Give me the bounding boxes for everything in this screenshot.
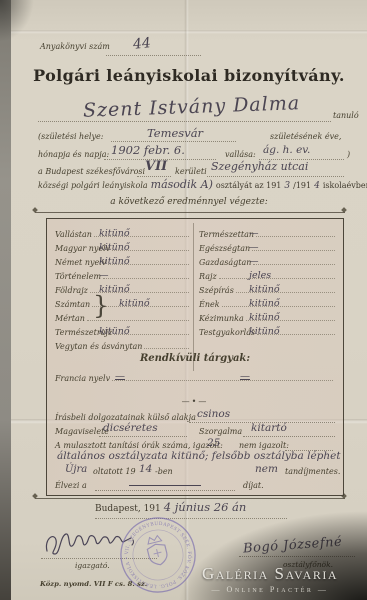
grade-value: kitünő [119, 298, 150, 309]
grade-row: Történelem— [55, 267, 191, 281]
written-work-label: Írásbeli dolgozatainak külső alakja [55, 413, 196, 422]
grade-value: kitünő [99, 242, 130, 253]
subject-label: Ének [199, 300, 220, 309]
registry-number-line [106, 42, 201, 56]
grade-value: kitünő [99, 228, 130, 239]
diligence-label: Szorgalma [199, 427, 242, 436]
religion-value: ág. h. ev. [263, 144, 310, 156]
grade-row: Egészségtan— [199, 239, 337, 253]
subject-label: Kézimunka [199, 314, 244, 323]
school-type-label: községi polgári leányiskola [38, 181, 148, 190]
class-year-line: községi polgári leányiskola második A) o… [38, 178, 346, 191]
street-value: Szegényház utcai [211, 160, 308, 173]
watermark-line2: — Online Piactér — [175, 585, 365, 594]
grade-value: — [115, 374, 125, 380]
birthdate-value: 1902 febr. 6. [111, 143, 185, 157]
grade-row: Vallástankitünő [55, 225, 191, 239]
dotted-leader [252, 250, 335, 251]
french-row: Francia nyelv — — [55, 369, 335, 383]
subject-label: Földrajz [55, 286, 88, 295]
grades-left-column: Vallástankitünő Magyar nyelvkitünő Német… [55, 225, 191, 351]
district-value: VII [145, 159, 167, 174]
grade-row: Testgyakorláskitünő [199, 323, 337, 337]
birthdate-label: hónapja és napja: [38, 150, 109, 159]
grade-row: Német nyelvkitünő [55, 253, 191, 267]
grade-value: kitünő [249, 326, 280, 337]
grade-value: — [99, 270, 109, 281]
vaccinated-prefix: Újra [65, 464, 87, 475]
grade-row: Szépíráskitünő [199, 281, 337, 295]
grade-row: Kézimunkakitünő [199, 309, 337, 323]
photo-shadow [0, 0, 40, 60]
registry-number-label: Anyakönyvi szám [40, 42, 110, 51]
subject-label: Egészségtan [199, 244, 250, 253]
dotted-leader [112, 380, 333, 381]
grade-row: Földrajzkitünő [55, 281, 191, 295]
grade-row: Természettan— [199, 225, 337, 239]
extraordinary-subjects-title: Rendkívüli tárgyak: [47, 353, 343, 364]
absences-label: A mulasztott tanítási órák száma, igazol… [55, 441, 223, 450]
divider-ornament: —•— [47, 397, 343, 406]
subject-label: Vegytan és ásványtan [55, 342, 142, 351]
grade-row: Gazdaságtan— [199, 253, 337, 267]
absences-value: 25 [207, 437, 220, 449]
grade-value: kitünő [249, 312, 280, 323]
schoolyear-slash: /191 [293, 181, 311, 190]
grades-right-column: Természettan— Egészségtan— Gazdaságtan— … [199, 225, 337, 337]
paper-fold [11, 30, 367, 34]
diligence-value: kitartó [251, 422, 287, 434]
student-name: Szent Istvány Dalma [83, 92, 301, 122]
subject-label: Rajz [199, 272, 217, 281]
frame-line [35, 212, 345, 213]
grade-row: Természetrajzkitünő [55, 323, 191, 337]
dotted-leader [144, 348, 189, 349]
subject-label: Számtan [55, 300, 90, 309]
grade-row: Mértan [55, 309, 191, 323]
grade-value: — [249, 256, 259, 267]
grade-value: jeles [249, 270, 271, 281]
subject-label: Gazdaságtan [199, 258, 251, 267]
grade-value: kitünő [99, 256, 130, 267]
dotted-leader [253, 264, 335, 265]
birthplace-label: (születési helye: [38, 132, 103, 141]
schoolyear-end-digit: 4 [314, 181, 320, 191]
grades-table: Vallástankitünő Magyar nyelvkitünő Német… [46, 218, 344, 496]
grade-row: Számtankitünő [55, 295, 191, 309]
stipend-label: Élvezi a [55, 481, 87, 490]
grade-row: Vegytan és ásványtan [55, 337, 191, 351]
brace-ornament: } [93, 291, 109, 320]
dotted-leader [219, 278, 335, 279]
schoolyear-start-digit: 3 [284, 181, 290, 191]
column-divider [193, 223, 194, 371]
dotted-leader [256, 236, 335, 237]
grade-value: — [249, 242, 259, 253]
birthyear-label: születésének éve, [270, 132, 341, 141]
watermark: Galéria Savaria — Online Piactér — [175, 564, 365, 594]
document-photo: Anyakönyvi szám 44 Polgári leányiskolai … [0, 0, 367, 600]
grade-value: — [240, 374, 250, 380]
subject-label: Történelem [55, 272, 101, 281]
dotted-leader [103, 278, 189, 279]
subject-label: Vallástan [55, 230, 92, 239]
student-name-suffix: tanuló [333, 111, 359, 120]
grade-value: kitünő [99, 326, 130, 337]
certificate-title: Polgári leányiskolai bizonyítvány. [11, 66, 367, 85]
schoolyear-label: osztályát az 191 [216, 181, 282, 190]
watermark-line1: Galéria Savaria [175, 564, 365, 584]
subject-label: Szépírás [199, 286, 234, 295]
dotted-leader [87, 320, 189, 321]
written-work-value: csinos [197, 408, 230, 420]
religion-label: vallása: [225, 150, 256, 159]
grade-row: Magyar nyelvkitünő [55, 239, 191, 253]
subject-label: Természettan [199, 230, 254, 239]
registry-number-value: 44 [132, 35, 151, 53]
unexcused-line [285, 437, 333, 451]
results-intro: a következő eredménnyel végezte: [11, 197, 367, 207]
overall-grade-note: általános osztályzata kitünő; felsőbb os… [57, 450, 341, 462]
subject-label: Mértan [55, 314, 85, 323]
grade-value: — [249, 228, 259, 239]
unexcused-label: nem igazolt: [239, 441, 289, 450]
principal-title: igazgató. [75, 561, 110, 570]
student-name-line: Szent Istvány Dalma [38, 96, 331, 122]
grade-value: kitünő [249, 298, 280, 309]
school-city-label: a Budapest székesfővárosi [38, 167, 145, 176]
district-suffix-label: kerületi [175, 167, 207, 176]
grade-row: Énekkitünő [199, 295, 337, 309]
schoolyear-suffix: iskolaévben [323, 181, 367, 190]
subject-label: Francia nyelv [55, 374, 110, 383]
class-value: második A) [151, 178, 213, 191]
grade-value: kitünő [249, 284, 280, 295]
conduct-value: dicséretes [103, 422, 158, 434]
birthplace-value: Temesvár [147, 126, 203, 140]
religion-close-paren: ) [347, 150, 350, 159]
grade-row: Rajzjeles [199, 267, 337, 281]
subject-label: Testgyakorlás [199, 328, 255, 337]
